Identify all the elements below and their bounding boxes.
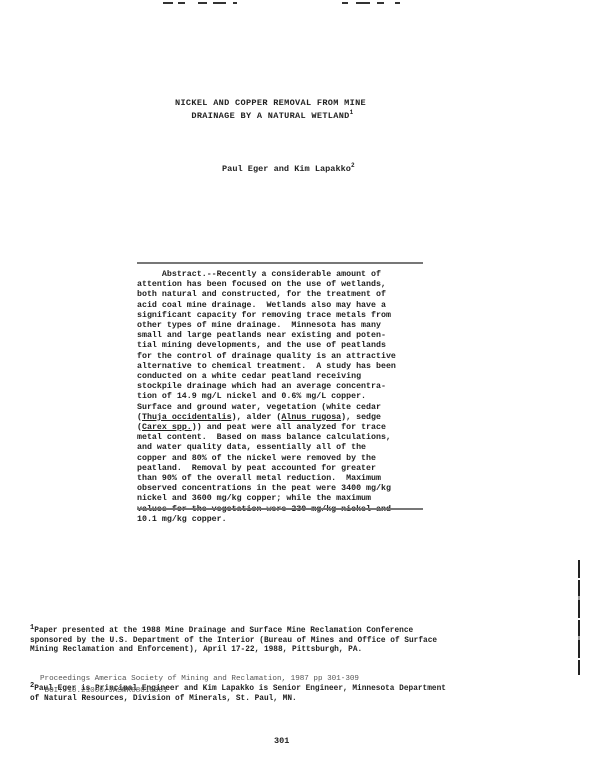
abstract-line: metal content. Based on mass balance cal… (137, 433, 427, 443)
abstract-line: copper and 80% of the nickel were remove… (137, 454, 427, 464)
abstract-line: (Thuja occidentalis), alder (Alnus rugos… (137, 413, 427, 423)
abstract-line: 10.1 mg/kg copper. (137, 515, 427, 525)
abstract-line: than 90% of the overall metal reduction.… (137, 474, 427, 484)
abstract-line: observed concentrations in the peat were… (137, 484, 427, 494)
page-number: 301 (274, 736, 289, 746)
abstract-line: peatland. Removal by peat accounted for … (137, 464, 427, 474)
abstract-line: and water quality data, essentially all … (137, 443, 427, 453)
abstract-top-rule (137, 262, 423, 264)
footnote-1: 1Paper presented at the 1988 Mine Draina… (30, 624, 550, 656)
abstract-line: Surface and ground water, vegetation (wh… (137, 403, 427, 413)
proceedings-text: Proceedings America Society of Mining an… (40, 675, 359, 683)
abstract-line: tial mining developments, and the use of… (137, 341, 427, 351)
abstract-line: attention has been focused on the use of… (137, 280, 427, 290)
abstract-line: (Carex spp.)) and peat were all analyzed… (137, 423, 427, 433)
abstract-line: tion of 14.9 mg/L nickel and 0.6% mg/L c… (137, 392, 427, 402)
abstract-line: alternative to chemical treatment. A stu… (137, 362, 427, 372)
abstract-line: both natural and constructed, for the tr… (137, 290, 427, 300)
abstract: Abstract.--Recently a considerable amoun… (137, 270, 427, 525)
scan-edge-line (578, 560, 580, 675)
paper-title: NICKEL AND COPPER REMOVAL FROM MINE DRAI… (175, 98, 435, 121)
footnotes: 1Paper presented at the 1988 Mine Draina… (30, 605, 550, 721)
proceedings-citation: Proceedings America Society of Mining an… (40, 673, 359, 697)
abstract-line: acid coal mine drainage. Wetlands also m… (137, 301, 427, 311)
abstract-line: for the control of drainage quality is a… (137, 352, 427, 362)
scan-artifact-marks (0, 2, 600, 8)
abstract-line: conducted on a white cedar peatland rece… (137, 372, 427, 382)
author-footnote-mark: 2 (351, 162, 355, 169)
author-names: Paul Eger and Kim Lapakko (222, 164, 351, 174)
title-footnote-mark: 1 (350, 109, 354, 116)
abstract-line: nickel and 3600 mg/kg copper; while the … (137, 494, 427, 504)
abstract-line: Abstract.--Recently a considerable amoun… (137, 270, 427, 280)
footnote-1-text: Paper presented at the 1988 Mine Drainag… (30, 627, 437, 654)
doi-text: DOI: 10.21000/JASMR88010301 (45, 687, 168, 695)
authors: Paul Eger and Kim Lapakko2 (222, 162, 355, 174)
title-line-1: NICKEL AND COPPER REMOVAL FROM MINE (175, 98, 366, 108)
abstract-line: small and large peatlands near existing … (137, 331, 427, 341)
abstract-line: stockpile drainage which had an average … (137, 382, 427, 392)
abstract-bottom-rule (137, 508, 423, 510)
abstract-line: significant capacity for removing trace … (137, 311, 427, 321)
abstract-line: other types of mine drainage. Minnesota … (137, 321, 427, 331)
title-line-2: DRAINAGE BY A NATURAL WETLAND (191, 111, 349, 121)
